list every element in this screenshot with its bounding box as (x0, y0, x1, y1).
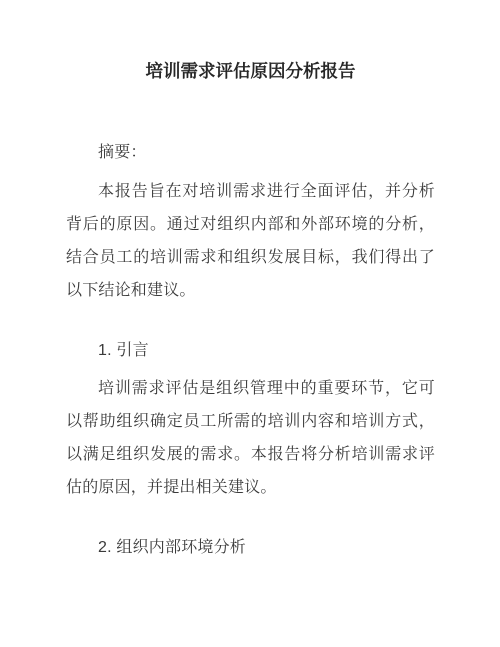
abstract-paragraph: 本报告旨在对培训需求进行全面评估，并分析背后的原因。通过对组织内部和外部环境的分… (66, 175, 435, 307)
section-paragraph-introduction: 培训需求评估是组织管理中的重要环节，它可以帮助组织确定员工所需的培训内容和培训方… (66, 372, 435, 504)
section-heading-introduction: 1. 引言 (66, 334, 435, 367)
section-heading-internal-environment: 2. 组织内部环境分析 (66, 531, 435, 564)
abstract-label: 摘要： (66, 136, 435, 169)
document-page: 培训需求评估原因分析报告 摘要： 本报告旨在对培训需求进行全面评估，并分析背后的… (0, 0, 500, 647)
document-title: 培训需求评估原因分析报告 (66, 58, 435, 84)
